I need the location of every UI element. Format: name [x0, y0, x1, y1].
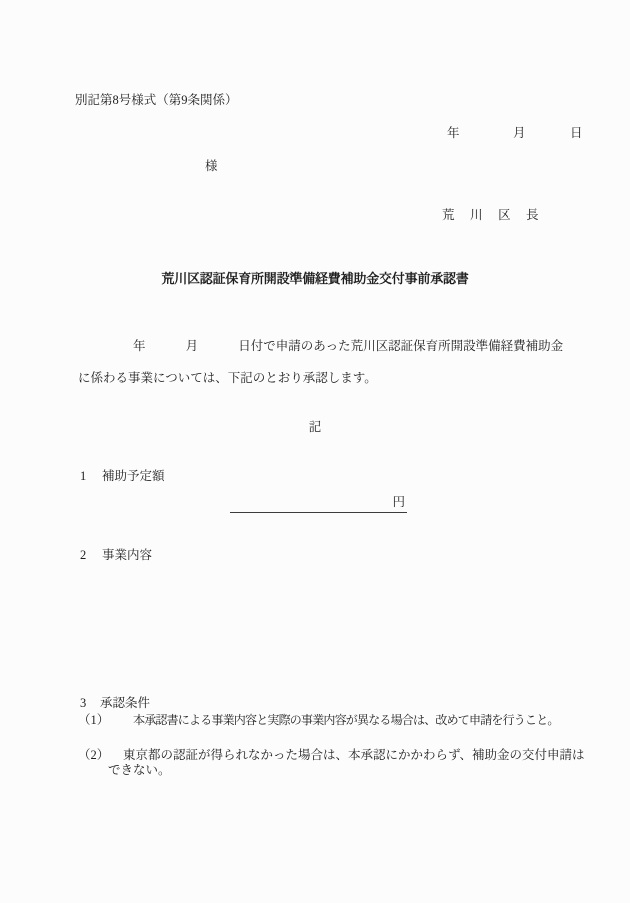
- body-line1-text: 日付で申請のあった荒川区認証保育所開設準備経費補助金: [238, 339, 563, 353]
- body-paragraph-line1: 年 月 日付で申請のあった荒川区認証保育所開設準備経費補助金: [75, 340, 563, 353]
- sender-name: 荒 川 区 長: [442, 209, 540, 222]
- item1-label: 補助予定額: [102, 470, 165, 483]
- body-year-label: 年: [133, 339, 146, 353]
- date-year-label: 年: [447, 127, 460, 140]
- record-mark: 記: [0, 421, 630, 434]
- form-number: 別記第8号様式（第9条関係）: [75, 94, 238, 107]
- document-title: 荒川区認証保育所開設準備経費補助金交付事前承認書: [0, 272, 630, 285]
- condition2-marker: （2）: [78, 749, 109, 762]
- condition1-text: 本承認書による事業内容と実際の事業内容が異なる場合は、改めて申請を行うこと。: [133, 714, 559, 726]
- item1-number: 1: [80, 470, 86, 483]
- document-page: 別記第8号様式（第9条関係） 年 月 日 様 荒 川 区 長 荒川区認証保育所開…: [0, 0, 630, 903]
- item2-label: 事業内容: [102, 549, 152, 562]
- addressee-honorific: 様: [205, 160, 218, 173]
- amount-blank-field: 円: [230, 496, 407, 513]
- body-paragraph-line2: に係わる事業については、下記のとおり承認します。: [78, 372, 377, 385]
- item3-number: 3: [80, 697, 86, 710]
- condition2-text-line2: できない。: [108, 764, 171, 777]
- condition1-marker: （1）: [78, 714, 109, 727]
- amount-unit-label: 円: [392, 496, 407, 509]
- date-month-label: 月: [513, 127, 526, 140]
- date-day-label: 日: [570, 127, 583, 140]
- item2-number: 2: [80, 549, 86, 562]
- date-line: 年 月 日: [0, 127, 630, 141]
- condition2-text-line1: 東京都の認証が得られなかった場合は、本承認にかかわらず、補助金の交付申請は: [123, 749, 585, 762]
- item3-label: 承認条件: [100, 697, 150, 710]
- body-month-label: 月: [186, 339, 199, 353]
